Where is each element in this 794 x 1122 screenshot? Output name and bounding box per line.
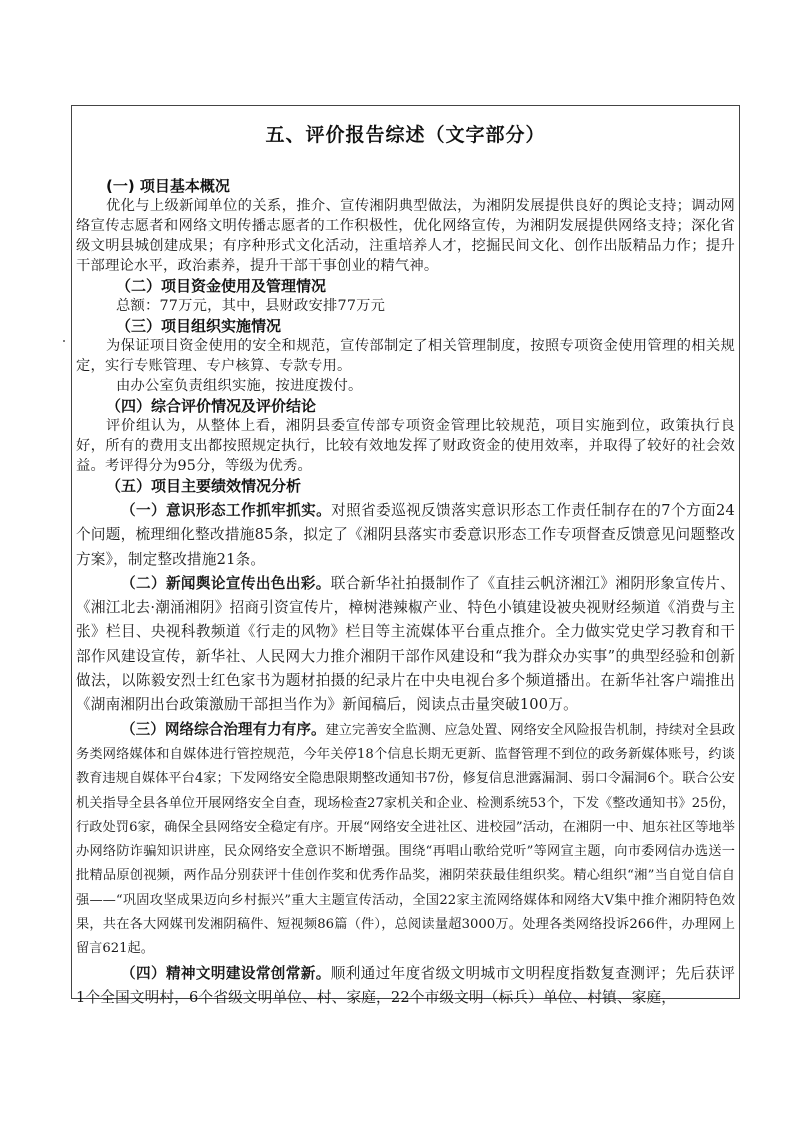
section-text-implementation-2: 由办公室负责组织实施，按进度拨付。: [76, 376, 735, 396]
section-text-funds: 总额：77万元，其中，县财政安排77万元: [76, 296, 735, 316]
section-heading-evaluation: （四）综合评价情况及评价结论: [76, 396, 735, 416]
section-heading-implementation: （三）项目组织实施情况: [76, 316, 735, 336]
performance-item-network: （三）网络综合治理有力有序。建立完善安全监测、应急处置、网络安全风险报告机制，持…: [76, 718, 735, 962]
performance-item-text: 联合新华社拍摄制作了《直挂云帆济湘江》湘阴形象宣传片、《湘江北去·潮涌湘阴》招商…: [76, 575, 735, 713]
page-title: 五、评价报告综述（文字部分）: [72, 120, 739, 147]
section-heading-funds: （二）项目资金使用及管理情况: [76, 276, 735, 296]
performance-item-news: （二）新闻舆论宣传出色出彩。联合新华社拍摄制作了《直挂云帆济湘江》湘阴形象宣传片…: [76, 572, 735, 718]
performance-item-civilization: （四）精神文明建设常创常新。顺利通过年度省级文明城市文明程度指数复查测评；先后获…: [76, 962, 735, 1011]
performance-item-lead: （四）精神文明建设常创常新。: [76, 965, 331, 982]
performance-item-lead: （一）意识形态工作抓牢抓实。: [76, 502, 331, 519]
performance-item-ideology: （一）意识形态工作抓牢抓实。对照省委巡视反馈落实意识形态工作责任制存在的7个方面…: [76, 499, 735, 572]
report-body: (一) 项目基本概况 优化与上级新闻单位的关系，推介、宣传湘阴典型做法，为湘阴发…: [76, 176, 735, 1010]
performance-item-text: 建立完善安全监测、应急处置、网络安全风险报告机制，持续对全县政务类网络媒体和自媒…: [76, 723, 735, 957]
section-heading-performance: （五）项目主要绩效情况分析: [76, 476, 735, 496]
section-heading-basic-overview: (一) 项目基本概况: [76, 176, 735, 196]
section-text-evaluation: 评价组认为，从整体上看，湘阴县委宣传部专项资金管理比较规范，项目实施到位，政策执…: [76, 416, 735, 476]
section-text-implementation-1: 为保证项目资金使用的安全和规范，宣传部制定了相关管理制度，按照专项资金使用管理的…: [76, 336, 735, 376]
performance-item-lead: （二）新闻舆论宣传出色出彩。: [76, 575, 331, 592]
section-text-basic-overview: 优化与上级新闻单位的关系，推介、宣传湘阴典型做法，为湘阴发展提供良好的舆论支持；…: [76, 196, 735, 276]
performance-item-lead: （三）网络综合治理有力有序。: [76, 721, 326, 738]
performance-analysis: （一）意识形态工作抓牢抓实。对照省委巡视反馈落实意识形态工作责任制存在的7个方面…: [76, 499, 735, 1010]
report-summary-frame: 五、评价报告综述（文字部分） (一) 项目基本概况 优化与上级新闻单位的关系，推…: [71, 105, 740, 999]
scan-speck: [63, 340, 65, 342]
